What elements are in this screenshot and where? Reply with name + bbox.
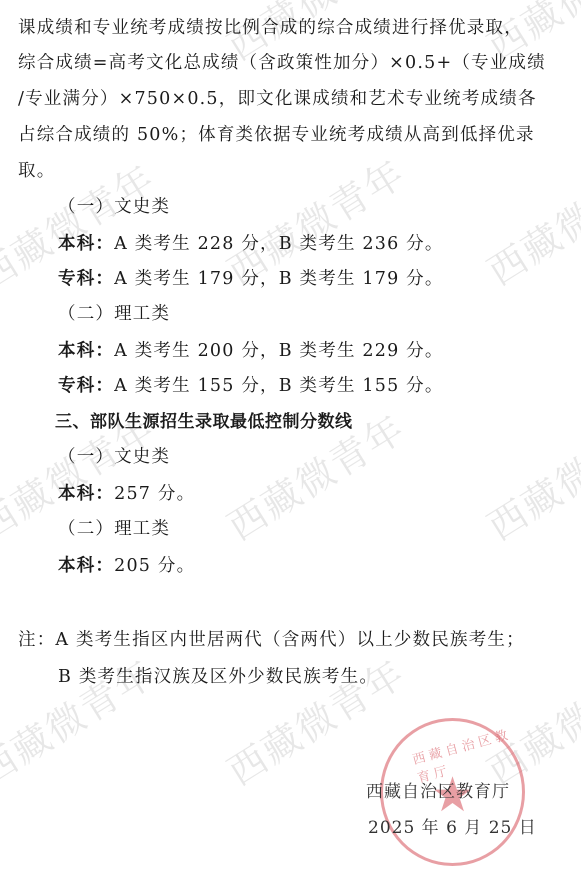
note-line-b: B 类考生指汉族及区外少数民族考生。 xyxy=(58,666,378,688)
score-text: A 类考生 155 分，B 类考生 155 分。 xyxy=(114,376,443,396)
score-text: A 类考生 179 分，B 类考生 179 分。 xyxy=(114,269,443,289)
paragraph-line: 取。 xyxy=(18,160,55,182)
score-text: 205 分。 xyxy=(114,556,195,576)
category-title-science: （二）理工类 xyxy=(58,303,170,325)
note-line-a: 注：A 类考生指区内世居两代（含两代）以上少数民族考生； xyxy=(18,629,525,651)
score-row-undergrad-science: 本科：205 分。 xyxy=(58,555,195,577)
level-label: 专科： xyxy=(58,376,114,396)
score-row-undergrad-liberal-arts: 本科：A 类考生 228 分，B 类考生 236 分。 xyxy=(58,233,444,255)
level-label: 本科： xyxy=(58,556,114,576)
watermark: 西藏微青年 xyxy=(475,398,581,551)
score-text: 257 分。 xyxy=(114,484,195,504)
document-page: 西藏微青年 西藏微青年 西藏微青年 西藏微青年 西藏微青年 西藏微青年 西藏微青… xyxy=(0,0,581,882)
score-row-undergrad-science: 本科：A 类考生 200 分，B 类考生 229 分。 xyxy=(58,340,444,362)
level-label: 本科： xyxy=(58,341,114,361)
paragraph-line: 课成绩和专业统考成绩按比例合成的综合成绩进行择优录取， xyxy=(18,17,523,39)
issue-date: 2025 年 6 月 25 日 xyxy=(368,813,537,838)
score-row-college-science: 专科：A 类考生 155 分，B 类考生 155 分。 xyxy=(58,375,444,397)
category-title-liberal-arts: （一）文史类 xyxy=(58,196,170,218)
level-label: 本科： xyxy=(58,234,114,254)
section-heading: 三、部队生源招生录取最低控制分数线 xyxy=(55,411,353,433)
watermark: 西藏微青年 xyxy=(475,143,581,296)
category-title-liberal-arts: （一）文史类 xyxy=(58,446,170,468)
issuer-name: 西藏自治区教育厅 xyxy=(366,777,510,802)
score-row-undergrad-liberal-arts: 本科：257 分。 xyxy=(58,483,195,505)
paragraph-line: 综合成绩=高考文化总成绩（含政策性加分）×0.5+（专业成绩 xyxy=(18,52,546,74)
score-text: A 类考生 200 分，B 类考生 229 分。 xyxy=(114,341,443,361)
score-row-college-liberal-arts: 专科：A 类考生 179 分，B 类考生 179 分。 xyxy=(58,268,444,290)
paragraph-line: /专业满分）×750×0.5，即文化课成绩和艺术专业统考成绩各 xyxy=(18,88,537,110)
paragraph-line: 占综合成绩的 50%；体育类依据专业统考成绩从高到低择优录 xyxy=(18,124,535,146)
category-title-science: （二）理工类 xyxy=(58,518,170,540)
score-text: A 类考生 228 分，B 类考生 236 分。 xyxy=(114,234,443,254)
level-label: 专科： xyxy=(58,269,114,289)
level-label: 本科： xyxy=(58,484,114,504)
